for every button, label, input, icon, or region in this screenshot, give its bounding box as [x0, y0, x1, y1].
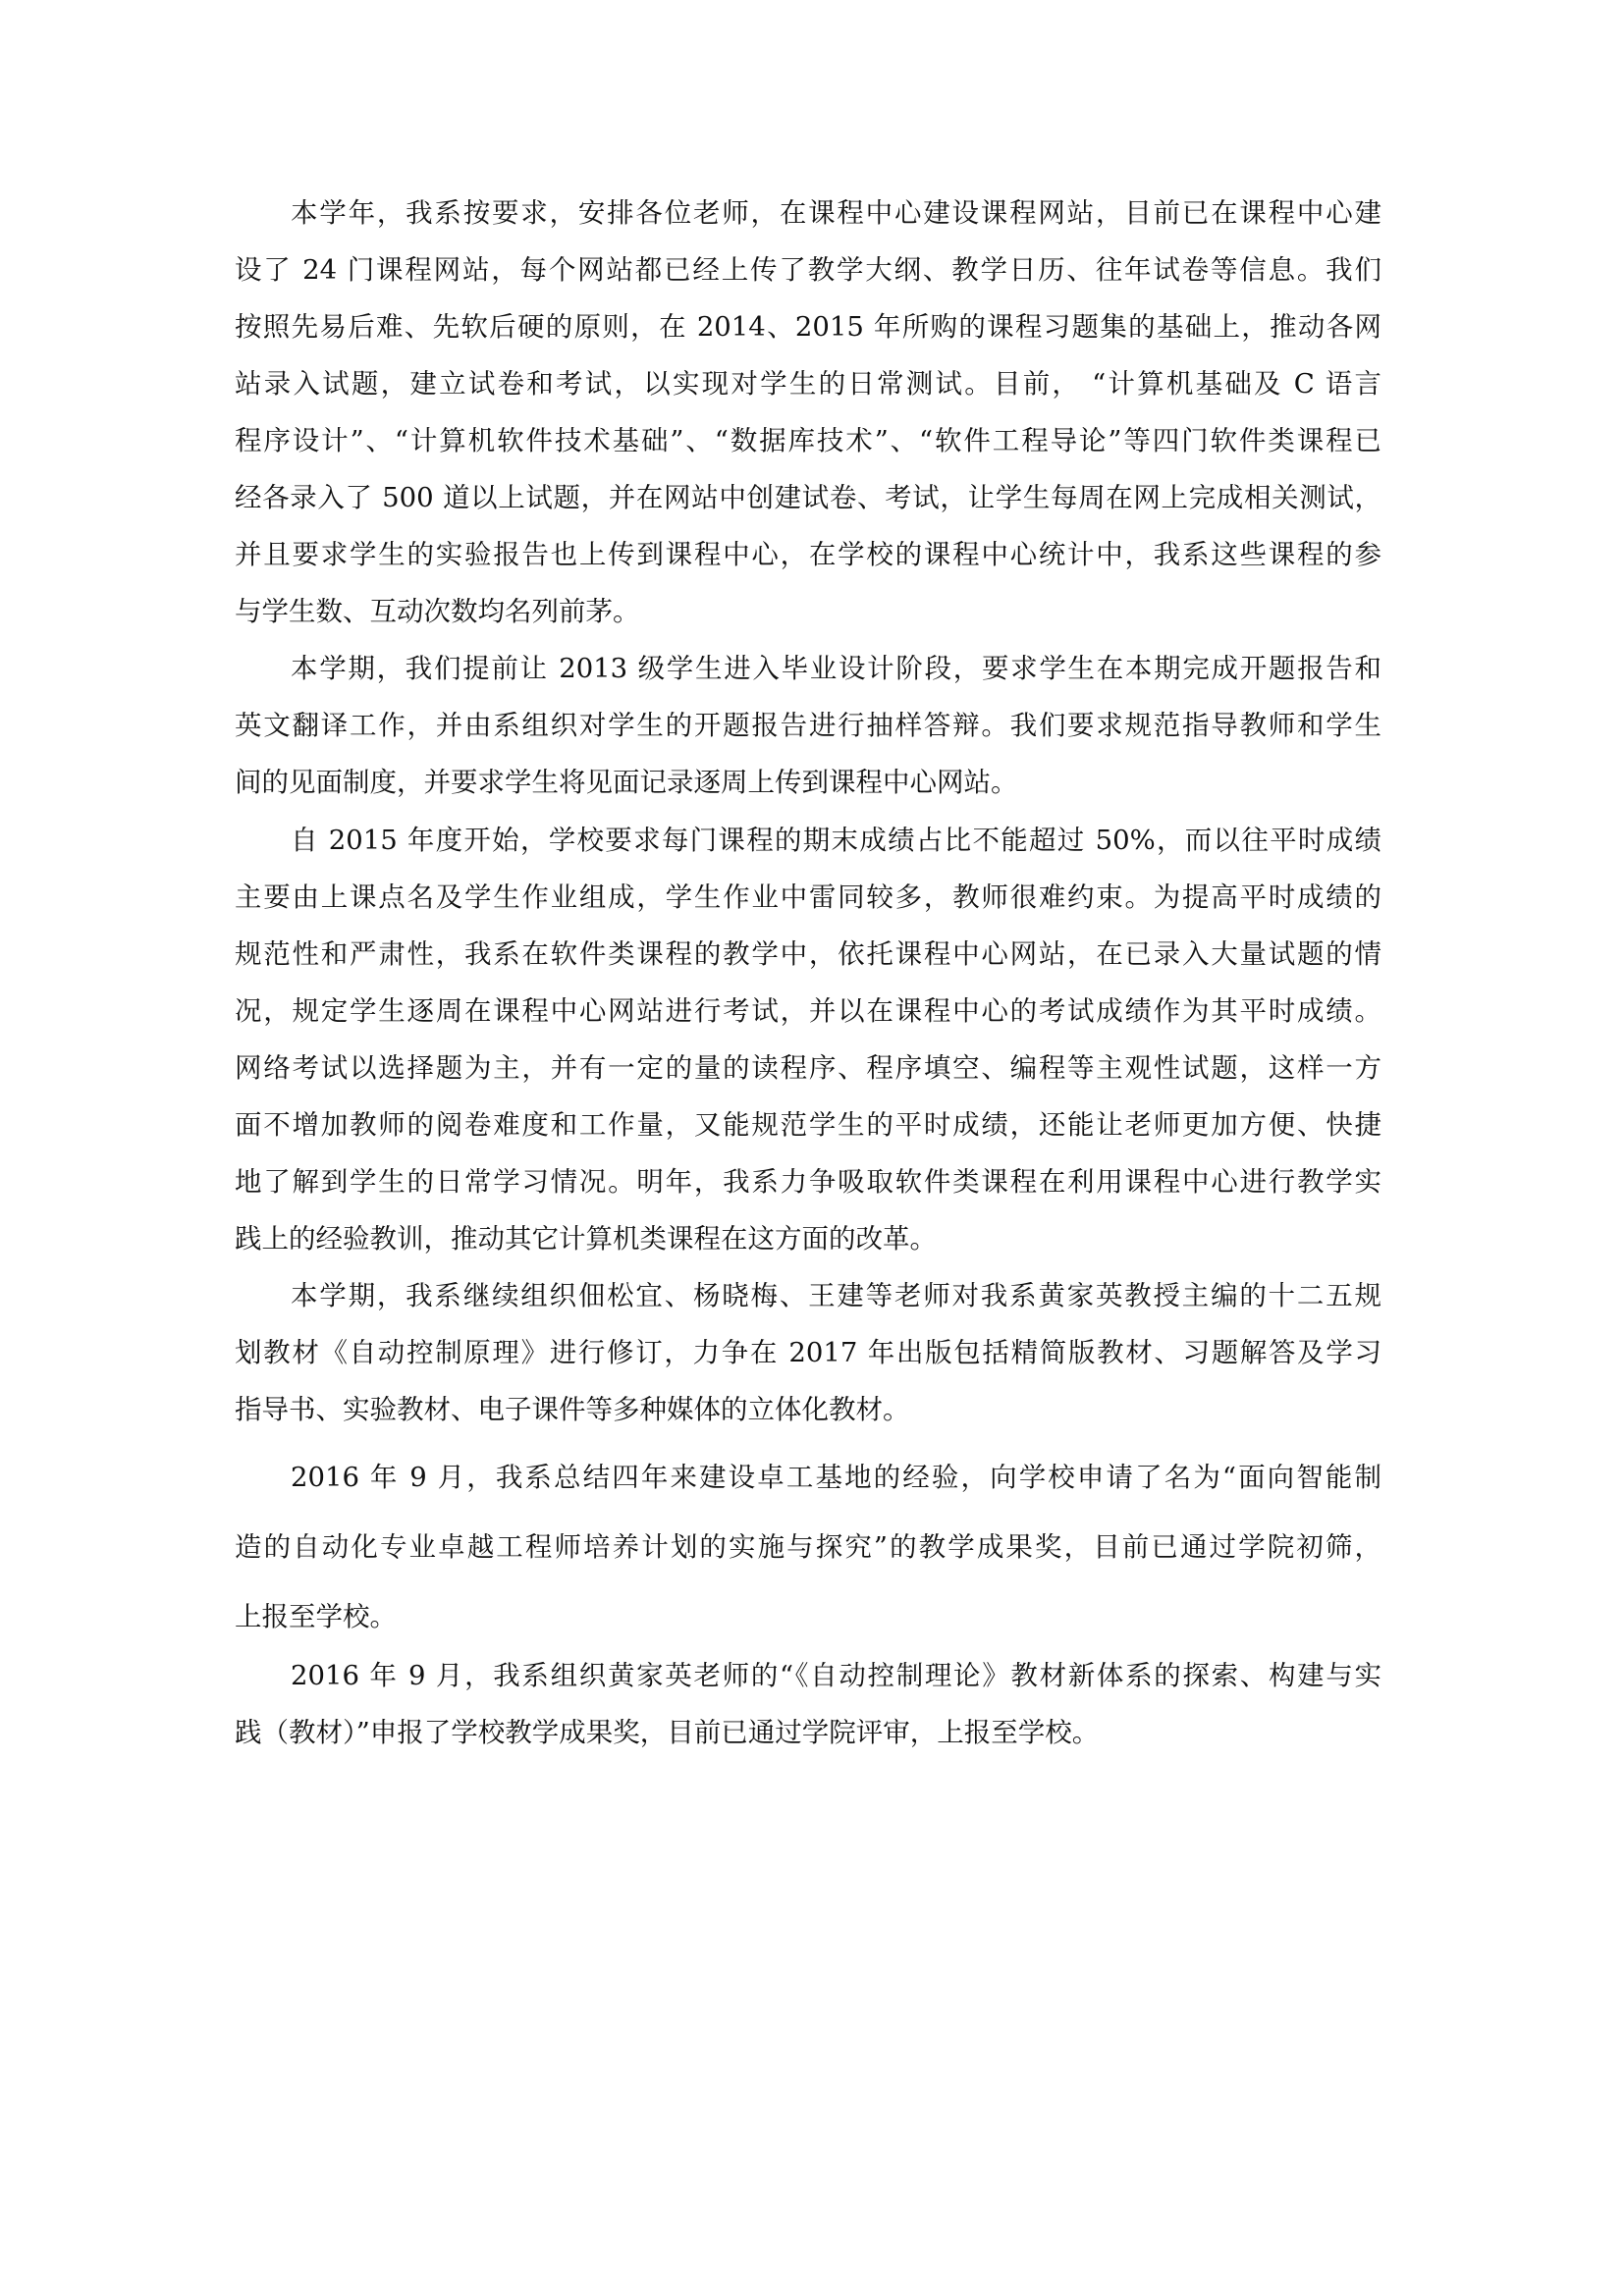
text-line: 2016 年 9 月，我系组织黄家英老师的“《自动控制理论》教材新体系的探索、构…	[291, 1656, 1381, 1695]
text-line: 间的见面制度，并要求学生将见面记录逐周上传到课程中心网站。	[235, 763, 1381, 802]
text-line: 践（教材）”申报了学校教学成果奖，目前已通过学院评审，上报至学校。	[235, 1713, 1381, 1752]
text-line: 划教材《自动控制原理》进行修订，力争在 2017 年出版包括精简版教材、习题解答…	[235, 1333, 1381, 1372]
text-line: 与学生数、互动次数均名列前茅。	[235, 592, 1381, 631]
document-page: 本学年，我系按要求，安排各位老师，在课程中心建设课程网站，目前已在课程中心建 设…	[0, 0, 1624, 2296]
text-line: 网络考试以选择题为主，并有一定的量的读程序、程序填空、编程等主观性试题，这样一方	[235, 1048, 1381, 1088]
text-line: 2016 年 9 月，我系总结四年来建设卓工基地的经验，向学校申请了名为“面向智…	[291, 1458, 1381, 1497]
text-line: 造的自动化专业卓越工程师培养计划的实施与探究”的教学成果奖，目前已通过学院初筛，	[235, 1527, 1381, 1567]
text-line: 自 2015 年度开始，学校要求每门课程的期末成绩占比不能超过 50%，而以往平…	[291, 821, 1381, 860]
text-line: 经各录入了 500 道以上试题，并在网站中创建试卷、考试，让学生每周在网上完成相…	[235, 478, 1381, 517]
text-line: 设了 24 门课程网站，每个网站都已经上传了教学大纲、教学日历、往年试卷等信息。…	[235, 250, 1381, 290]
text-line: 英文翻译工作，并由系组织对学生的开题报告进行抽样答辩。我们要求规范指导教师和学生	[235, 706, 1381, 745]
text-line: 并且要求学生的实验报告也上传到课程中心，在学校的课程中心统计中，我系这些课程的参	[235, 535, 1381, 574]
text-line: 践上的经验教训，推动其它计算机类课程在这方面的改革。	[235, 1219, 1381, 1258]
text-line: 程序设计”、“计算机软件技术基础”、“数据库技术”、“软件工程导论”等四门软件类…	[235, 421, 1381, 460]
text-line: 本学期，我们提前让 2013 级学生进入毕业设计阶段，要求学生在本期完成开题报告…	[291, 649, 1381, 688]
text-line: 主要由上课点名及学生作业组成，学生作业中雷同较多，教师很难约束。为提高平时成绩的	[235, 878, 1381, 917]
text-line: 本学年，我系按要求，安排各位老师，在课程中心建设课程网站，目前已在课程中心建	[291, 193, 1381, 233]
text-line: 本学期，我系继续组织佃松宜、杨晓梅、王建等老师对我系黄家英教授主编的十二五规	[291, 1276, 1381, 1315]
text-line: 规范性和严肃性，我系在软件类课程的教学中，依托课程中心网站，在已录入大量试题的情	[235, 934, 1381, 974]
text-line: 地了解到学生的日常学习情况。明年，我系力争吸取软件类课程在利用课程中心进行教学实	[235, 1162, 1381, 1201]
text-line: 面不增加教师的阅卷难度和工作量，又能规范学生的平时成绩，还能让老师更加方便、快捷	[235, 1105, 1381, 1145]
text-line: 按照先易后难、先软后硬的原则，在 2014、2015 年所购的课程习题集的基础上…	[235, 307, 1381, 347]
text-line: 指导书、实验教材、电子课件等多种媒体的立体化教材。	[235, 1390, 1381, 1429]
text-line: 站录入试题，建立试卷和考试，以实现对学生的日常测试。目前， “计算机基础及 C …	[235, 364, 1381, 403]
text-line: 上报至学校。	[235, 1597, 1381, 1636]
text-line: 况，规定学生逐周在课程中心网站进行考试，并以在课程中心的考试成绩作为其平时成绩。	[235, 991, 1381, 1031]
